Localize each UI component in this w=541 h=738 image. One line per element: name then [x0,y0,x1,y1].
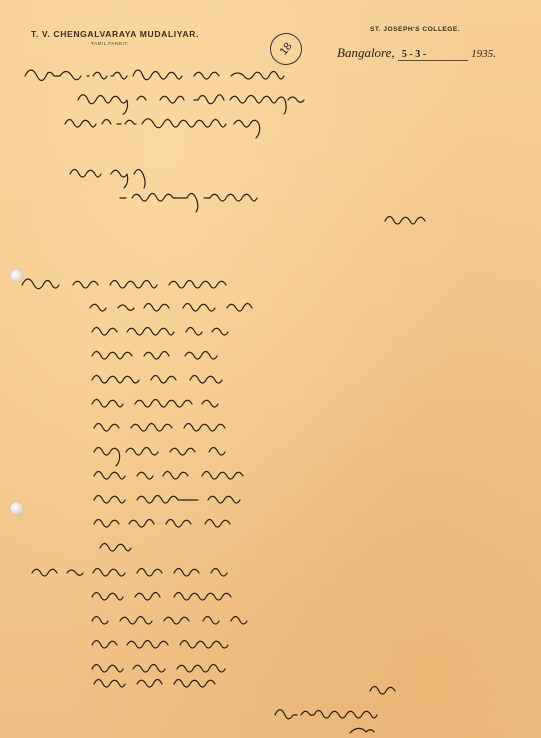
handwritten-tamil-text [0,0,541,738]
letter-page: T. V. CHENGALVARAYA MUDALIYAR. TAMIL PAN… [0,0,541,738]
address-block [25,70,425,224]
closing-signature [275,687,395,734]
body-paragraph-2 [32,569,247,688]
body-paragraph-1 [22,279,252,551]
